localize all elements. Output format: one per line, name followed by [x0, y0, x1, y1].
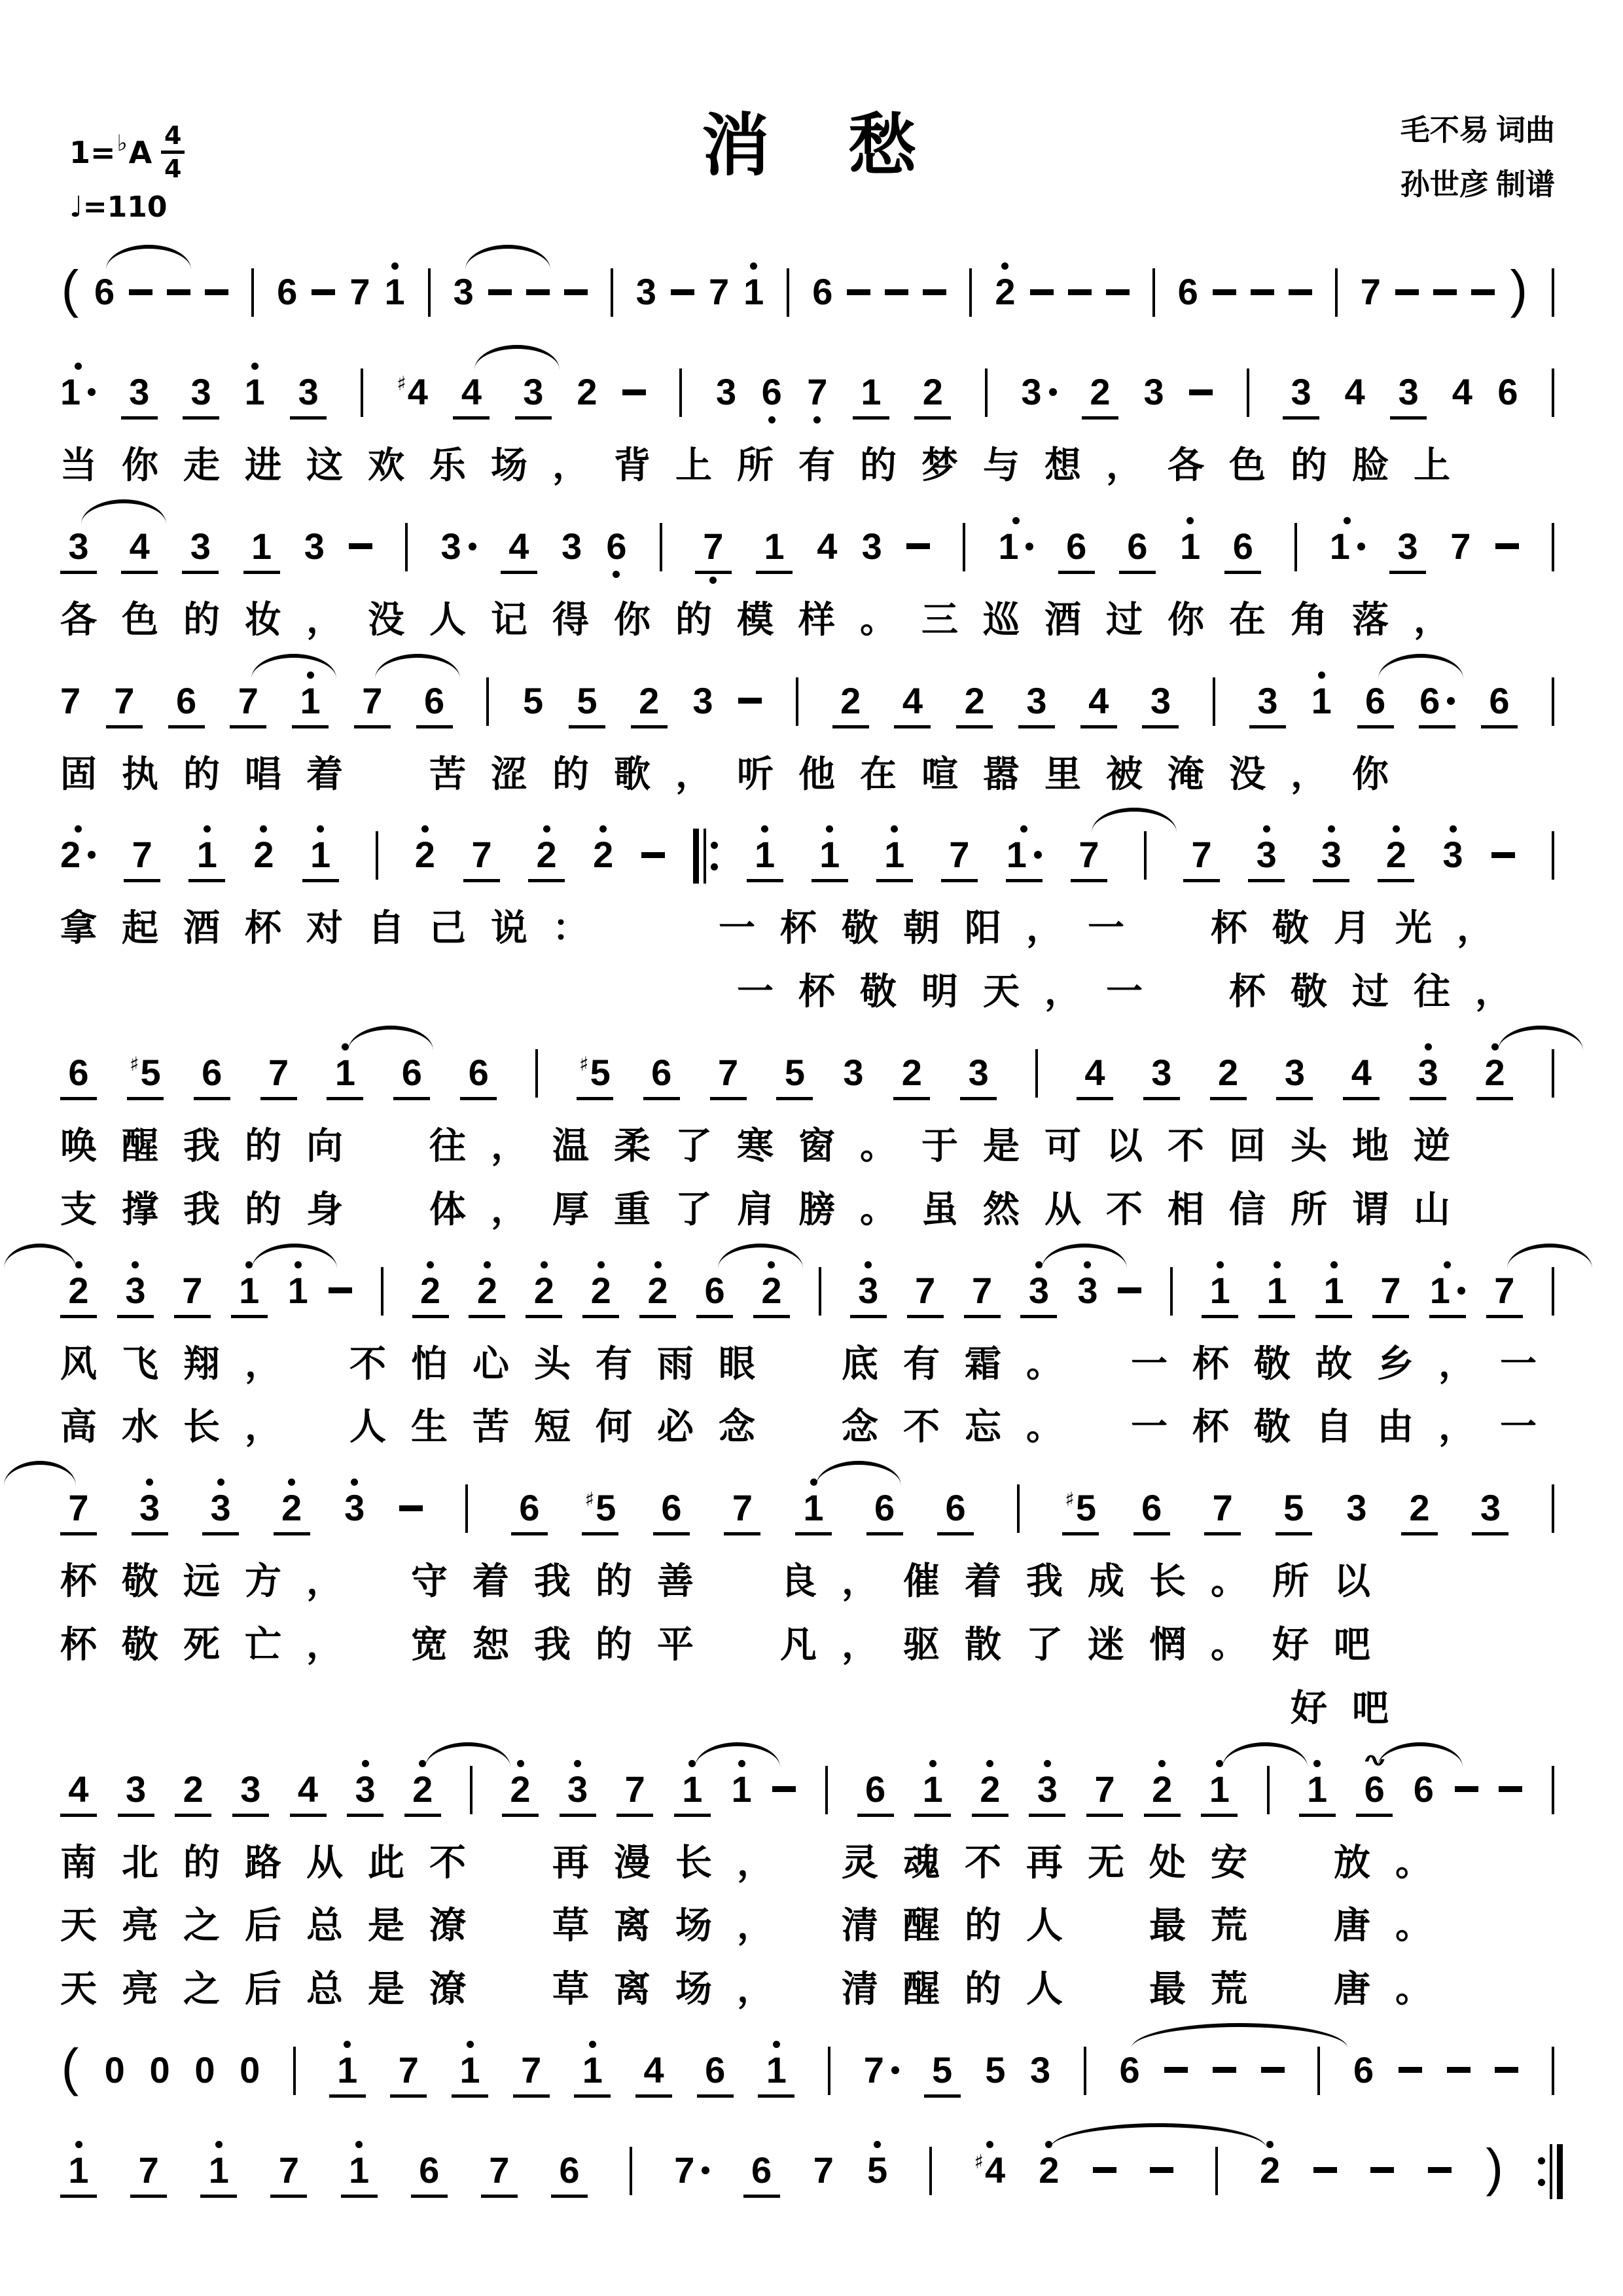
note-token: 2 [1210, 1033, 1247, 1117]
note-token: 4 [1345, 353, 1365, 436]
note-token: 0 [150, 2031, 170, 2114]
note-token: 4 [894, 662, 931, 745]
time-signature-divider [161, 151, 185, 154]
note-token: 3 [1142, 662, 1179, 745]
barline [787, 662, 807, 726]
note-token: 7 [349, 253, 370, 336]
song-title: 消 愁 [60, 72, 1563, 188]
slur-arc [1507, 1244, 1592, 1268]
note-token: 3 [440, 507, 476, 590]
slur-arc [816, 1461, 901, 1486]
note-token: ♯5 [577, 1033, 613, 1117]
note-token: 2 [528, 816, 565, 899]
note-token: 2 [582, 1251, 619, 1335]
duration-dash [738, 662, 762, 745]
note-token: 6 [94, 253, 115, 336]
note-token: 6 [1224, 507, 1261, 590]
lyrics-line: 天亮之后总是潦 草离场， 清醒的人 最荒 唐。 [60, 1903, 1563, 1950]
barline [651, 507, 671, 571]
slur-arc [425, 1742, 510, 1767]
key-prefix: 1= [69, 135, 116, 170]
note-token: 3 [850, 1251, 887, 1335]
slur-arc [348, 1026, 433, 1050]
time-signature-top: 4 [164, 123, 181, 148]
note-token: 3 [454, 253, 474, 336]
note-token: 3 [290, 353, 327, 436]
note-token: 7 [1361, 253, 1381, 336]
barline [1204, 662, 1224, 726]
note-token: 3 [1389, 507, 1426, 590]
note-token: 3 [1276, 1033, 1313, 1117]
note-token: 1 [1330, 507, 1365, 590]
barline [1238, 353, 1258, 417]
lyrics-line: 好吧 [60, 1685, 1563, 1733]
duration-dash [1447, 2031, 1471, 2114]
note-token: 4 [1077, 1033, 1113, 1117]
parenthesis: ( [60, 2031, 80, 2094]
lyrics-line: 高水长， 人生苦短何必念 念不忘。 一杯敬自由，一 [60, 1404, 1563, 1452]
note-token: 3 [1283, 353, 1319, 436]
note-token: 5 [1275, 1469, 1312, 1552]
note-token: 6 [653, 1469, 690, 1552]
note-token: 2 [639, 1251, 676, 1335]
note-token: 7 [390, 2031, 427, 2114]
notation-line: 733236♯567166♯5675323 [60, 1469, 1563, 1552]
repeat-start-sign [693, 816, 718, 884]
lyrics-line: 当你走进这欢乐场，背上所有的梦与想，各色的脸上 [60, 442, 1563, 490]
note-token: 5 [985, 2031, 1005, 2114]
note-token: 3 [60, 507, 97, 590]
note-token: 6 [1497, 353, 1518, 436]
note-token: 5 [924, 2031, 961, 2114]
slur-arc [1132, 2023, 1347, 2048]
note-token: 7 [1183, 816, 1220, 899]
note-token: 6 [1178, 253, 1198, 336]
duration-dash [1370, 2131, 1394, 2214]
note-token: 4 [1452, 353, 1472, 436]
notation-line: 13313♯44323671232334346 [60, 353, 1563, 436]
notation-line: 23711222226237733111717 [60, 1251, 1563, 1335]
note-token: 3 [121, 353, 158, 436]
note-token: 2 [60, 816, 96, 899]
note-token: 0 [105, 2031, 125, 2114]
barline [243, 253, 262, 317]
note-token: 7 [813, 2131, 834, 2214]
note-token: 6 [411, 2131, 448, 2214]
note-token: 3 [1018, 662, 1055, 745]
note-token: 3 [304, 507, 325, 590]
note-token: 1 [60, 353, 96, 436]
note-token: 2 [593, 816, 613, 899]
note-token: 7 [1086, 1750, 1123, 1833]
duration-dash [1106, 253, 1130, 336]
note-token: 2 [415, 816, 435, 899]
note-token: 3 [862, 507, 882, 590]
note-token: 7 [1372, 1251, 1409, 1335]
lyrics-line: 支撑我的身 体，厚重了肩膀。虽然从不相信所谓山 [60, 1187, 1563, 1234]
notation-line: 7767176552324234331666 [60, 662, 1563, 745]
note-token: 3 [1020, 1251, 1057, 1335]
note-token: 6 [812, 253, 832, 336]
note-token: 7 [106, 662, 143, 745]
note-token: 6 [696, 1251, 733, 1335]
note-token: 2 [412, 1251, 449, 1335]
barline [352, 353, 372, 417]
note-token: 1 [853, 353, 889, 436]
notation-line: 43234322371161237211∿66 [60, 1750, 1563, 1833]
credit-composer: 毛不易 词曲 [1400, 103, 1555, 158]
barline [921, 2131, 940, 2195]
note-token: 0 [240, 2031, 260, 2114]
note-token: 7 [964, 1251, 1001, 1335]
note-token: 1 [758, 2031, 794, 2114]
note-token: 7 [724, 1469, 760, 1552]
duration-dash [1189, 353, 1213, 436]
note-token: 4 [60, 1750, 97, 1833]
note-token: 6 [194, 1033, 230, 1117]
note-token: 2 [404, 1750, 441, 1833]
lyrics-line: 一杯敬明天，一 杯敬过往， [60, 969, 1563, 1016]
duration-dash [205, 253, 228, 336]
note-token: 4 [1080, 662, 1117, 745]
note-token: 3 [202, 1469, 239, 1552]
note-token: 6 [606, 507, 626, 590]
notation-line: 171716767675♯422) [60, 2131, 1563, 2214]
note-token: 7 [709, 253, 729, 336]
barline [367, 816, 387, 880]
flat-icon: ♭ [117, 130, 128, 156]
note-token: ∿6 [1356, 1750, 1393, 1833]
note-token: 1 [1311, 662, 1332, 745]
note-token: 1 [811, 816, 848, 899]
note-token: 7 [130, 2131, 167, 2214]
barline [1162, 1251, 1181, 1316]
slur-arc [106, 245, 191, 270]
barline [1327, 253, 1346, 317]
slur-arc [1050, 2123, 1266, 2148]
note-token: 6 [762, 353, 782, 436]
note-token: 7 [354, 662, 391, 745]
slur-arc [1378, 1742, 1463, 1767]
duration-dash [1471, 253, 1495, 336]
note-token: 7 [270, 2131, 307, 2214]
note-token: 7 [60, 662, 80, 745]
duration-dash [1213, 253, 1236, 336]
note-token: 6 [460, 1033, 497, 1117]
note-token: 6 [643, 1033, 680, 1117]
slur-arc [251, 654, 336, 679]
slur-arc [474, 345, 560, 370]
duration-dash [564, 253, 588, 336]
note-token: 1 [747, 816, 783, 899]
duration-dash [1399, 2031, 1422, 2114]
note-token: 3 [232, 1750, 269, 1833]
barline [1008, 1469, 1028, 1533]
note-token: 2 [577, 353, 597, 436]
barline [671, 353, 690, 417]
note-token: 7 [807, 353, 827, 436]
slur-arc [1222, 1742, 1308, 1767]
barline [419, 253, 439, 317]
note-token: 7 [60, 1469, 97, 1552]
note-token: 7 [1486, 1251, 1523, 1335]
note-token: 1 [795, 1469, 832, 1552]
note-token: 3 [117, 1251, 154, 1335]
note-token: 4 [453, 353, 490, 436]
duration-dash [847, 253, 870, 336]
note-token: 7 [674, 2131, 709, 2214]
barline [621, 2131, 641, 2195]
tie-continuation-arc [4, 1244, 76, 1268]
barline [1543, 1750, 1563, 1814]
slur-arc [1042, 1244, 1127, 1268]
note-token: 6 [1058, 507, 1095, 590]
note-token: 4 [1343, 1033, 1380, 1117]
barline [778, 253, 798, 317]
note-token: 3 [1472, 1469, 1508, 1552]
note-token: 1 [876, 816, 913, 899]
note-token: 7 [1204, 1469, 1241, 1552]
note-token: 7 [616, 1750, 653, 1833]
barline [1543, 353, 1563, 417]
lyrics-line: 南北的路从此不 再漫长， 灵魂不再无处安 放。 [60, 1840, 1563, 1888]
note-token: 6 [511, 1469, 548, 1552]
duration-dash [906, 507, 930, 590]
note-token: 2 [1476, 1033, 1513, 1117]
note-token: 1 [302, 816, 339, 899]
barline [1543, 253, 1563, 317]
key-signature-block: 1=♭A 4 4 ♩=110 [69, 123, 185, 224]
note-token: 2 [956, 662, 993, 745]
sheet-header: 1=♭A 4 4 ♩=110 消 愁 毛不易 词曲 孙世彦 制谱 [60, 72, 1563, 236]
note-token: 1 [743, 253, 764, 336]
barline [1543, 1469, 1563, 1533]
lyrics-line: 唤醒我的向 往，温柔了寒窗。于是可以不回头地逆 [60, 1123, 1563, 1171]
barline [819, 2031, 839, 2095]
note-token: 6 [1120, 2031, 1140, 2114]
duration-dash [312, 253, 335, 336]
duration-dash [1289, 253, 1312, 336]
note-token: 3 [1143, 353, 1164, 436]
note-token: 2 [175, 1750, 211, 1833]
time-signature-bottom: 4 [164, 156, 181, 181]
parenthesis: ) [1509, 253, 1529, 315]
notation-line: 343133436714316616137 [60, 507, 1563, 590]
barline [1543, 662, 1563, 726]
note-token: 6 [60, 1033, 97, 1117]
note-token: 6 [937, 1469, 974, 1552]
barline [1543, 2031, 1563, 2095]
note-token: 5 [776, 1033, 813, 1117]
duration-dash [1251, 253, 1274, 336]
barline [961, 253, 980, 317]
note-token: 3 [1346, 1469, 1366, 1552]
note-token: 3 [1021, 353, 1056, 436]
note-token: 3 [347, 1750, 383, 1833]
note-token: 7 [513, 2031, 550, 2114]
note-token: 1 [674, 1750, 711, 1833]
key-letter: A [129, 135, 152, 170]
note-token: 1 [914, 1750, 951, 1833]
barline [954, 507, 974, 571]
note-token: 1 [384, 253, 404, 336]
note-token: ♯5 [582, 1469, 618, 1552]
parenthesis: ) [1485, 2131, 1505, 2194]
note-token: 7 [1450, 507, 1471, 590]
duration-dash [1495, 2031, 1518, 2114]
note-token: 2 [526, 1251, 562, 1335]
note-token: 3 [1029, 1750, 1065, 1833]
note-token: 1 [452, 2031, 488, 2114]
note-token: 7 [463, 816, 500, 899]
note-token: 7 [260, 1033, 297, 1117]
lyrics-line: 固执的唱着 苦涩的歌，听他在喧嚣里被淹没，你 [60, 751, 1563, 799]
tempo-marking: ♩=110 [69, 190, 185, 224]
note-token: 6 [168, 662, 205, 745]
barline [810, 1251, 830, 1316]
lyrics-line: 杯敬远方， 守着我的善 良，催着我成长。所以 [60, 1558, 1563, 1606]
credits-block: 毛不易 词曲 孙世彦 制谱 [1400, 103, 1555, 213]
note-token: 0 [194, 2031, 215, 2114]
barline [457, 1469, 476, 1533]
barline [478, 662, 497, 726]
lyrics-line: 拿起酒杯对自己说： 一杯敬朝阳，一 杯敬月光， [60, 905, 1563, 953]
note-token: 3 [692, 662, 713, 745]
duration-dash [1428, 2131, 1452, 2214]
note-token: 2 [832, 662, 869, 745]
note-token: 1 [200, 2131, 237, 2214]
slur-arc [718, 1244, 803, 1268]
lyrics-line: 天亮之后总是潦 草离场， 清醒的人 最荒 唐。 [60, 1966, 1563, 2014]
note-token: 6 [551, 2131, 588, 2214]
duration-dash [1491, 816, 1515, 899]
slur-arc [465, 245, 550, 270]
note-token: 2 [914, 353, 951, 436]
note-token: 3 [1442, 816, 1463, 899]
note-token: 2 [469, 1251, 505, 1335]
note-token: 1 [60, 2131, 97, 2214]
note-token: 1 [1202, 1251, 1238, 1335]
note-token: 3 [344, 1469, 365, 1552]
barline [527, 1033, 546, 1098]
note-token: 3 [132, 1469, 168, 1552]
note-token: 1 [574, 2031, 611, 2114]
slur-arc [1378, 654, 1463, 679]
note-token: 2 [60, 1251, 97, 1335]
note-token: 7 [710, 1033, 747, 1117]
note-token: 1 [1315, 1251, 1352, 1335]
note-token: 3 [716, 353, 736, 436]
note-token: 7 [481, 2131, 518, 2214]
note-token: 5 [569, 662, 605, 745]
note-token: 2 [274, 1469, 310, 1552]
notation-line: (667133716267) [60, 253, 1563, 336]
duration-dash [1433, 253, 1457, 336]
note-token: ♯5 [127, 1033, 164, 1117]
note-token: 6 [277, 253, 297, 336]
barline [372, 1251, 392, 1316]
note-token: 2 [1082, 353, 1118, 436]
note-token: 3 [1248, 816, 1285, 899]
key-signature: 1=♭A 4 4 [69, 123, 185, 181]
note-token: 7 [941, 816, 978, 899]
barline [1027, 1033, 1046, 1098]
barline [976, 353, 996, 417]
note-token: 1 [756, 507, 793, 590]
note-token: 6 [857, 1750, 894, 1833]
slur-arc [1498, 1026, 1583, 1050]
barline [1543, 816, 1563, 880]
note-token: 7 [230, 662, 266, 745]
barline [1286, 507, 1306, 571]
note-token: 1 [1258, 1251, 1295, 1335]
note-token: 4 [635, 2031, 672, 2114]
note-token: 1 [327, 1033, 363, 1117]
lyrics-line: 各色的妆，没人记得你的模样。三巡酒过你在角落， [60, 597, 1563, 645]
tie-continuation-arc [4, 1461, 76, 1486]
note-token: 1 [231, 1251, 268, 1335]
barline [1075, 2031, 1095, 2095]
note-token: 2 [1144, 1750, 1181, 1833]
duration-dash [1030, 253, 1054, 336]
note-token: 1 [243, 507, 280, 590]
barline [1144, 253, 1164, 317]
slur-arc [695, 1742, 780, 1767]
note-token: 2 [1378, 816, 1414, 899]
note-token: 7 [695, 507, 732, 590]
note-token: 7 [1071, 816, 1107, 899]
note-token: 7 [124, 816, 160, 899]
duration-dash [1395, 253, 1419, 336]
duration-dash [1313, 2131, 1337, 2214]
note-token: 6 [1133, 1469, 1170, 1552]
parenthesis: ( [60, 253, 80, 315]
duration-dash [1495, 507, 1519, 590]
note-token: 3 [1313, 816, 1349, 899]
note-token: 1 [245, 353, 265, 436]
duration-dash [622, 353, 646, 436]
note-token: 2 [893, 1033, 930, 1117]
note-token: 3 [1143, 1033, 1180, 1117]
note-token: 1 [1006, 816, 1043, 899]
note-token: 2 [253, 816, 274, 899]
note-token: 2 [1401, 1469, 1438, 1552]
note-token: 3 [560, 1750, 596, 1833]
note-token: 1 [341, 2131, 378, 2214]
note-token: ♯5 [1062, 1469, 1099, 1552]
note-token: 1 [1180, 507, 1200, 590]
note-token: 4 [290, 1750, 327, 1833]
lyrics-line: 杯敬死亡， 宽恕我的平 凡，驱散了迷惘。好吧 [60, 1622, 1563, 1670]
barline [1543, 507, 1563, 571]
note-token: 3 [1249, 662, 1286, 745]
note-token: 3 [636, 253, 656, 336]
note-token: 6 [1481, 662, 1518, 745]
duration-dash [1068, 253, 1092, 336]
barline [285, 2031, 304, 2095]
slur-arc [375, 654, 460, 679]
duration-dash [399, 1469, 423, 1552]
note-token: 1 [329, 2031, 366, 2114]
note-token: 7 [864, 2031, 899, 2114]
note-token: 3 [960, 1033, 997, 1117]
duration-dash [349, 507, 372, 590]
note-token: 3 [1030, 2031, 1050, 2114]
note-token: 3 [1410, 1033, 1446, 1117]
notation-line: 6♯567166♯56753234323432 [60, 1033, 1563, 1117]
note-token: 3 [843, 1033, 863, 1117]
note-token: 2 [631, 662, 668, 745]
